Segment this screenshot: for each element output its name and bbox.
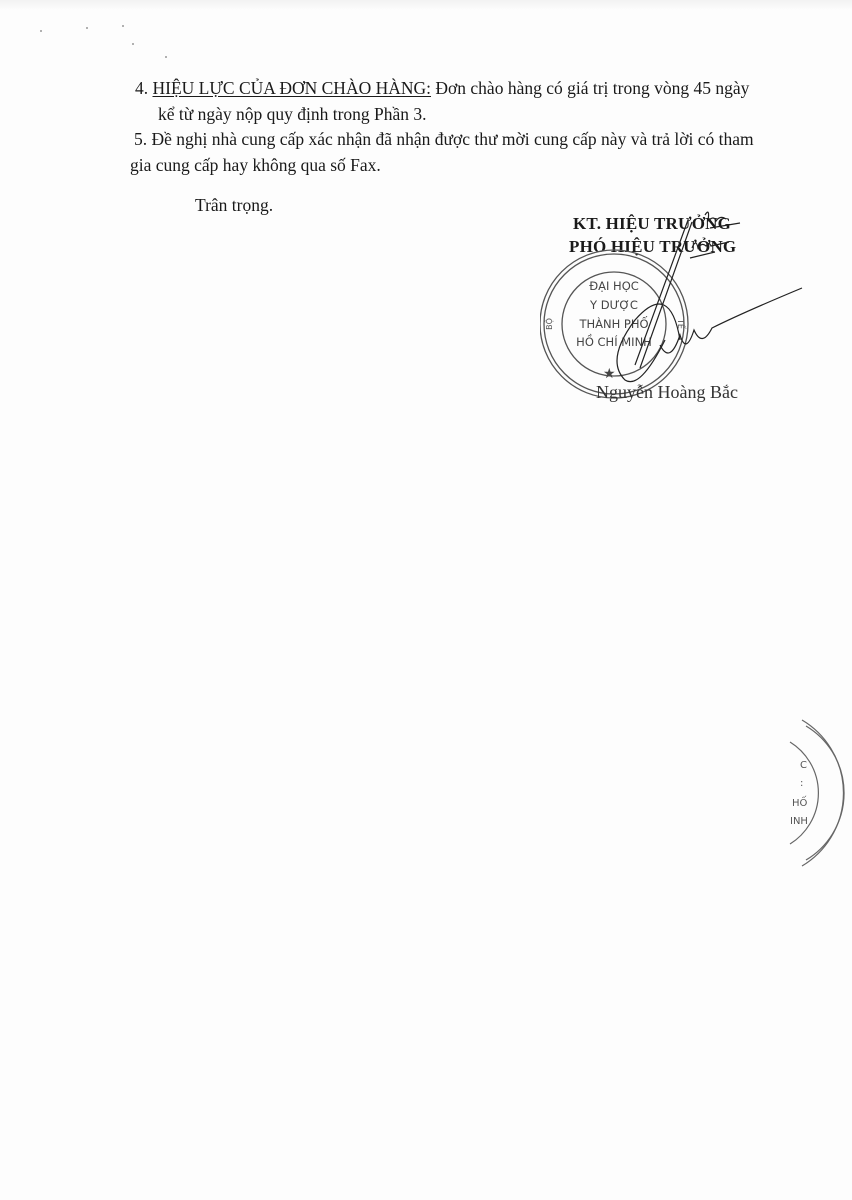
scan-speck xyxy=(122,25,124,27)
scan-speck xyxy=(86,27,88,29)
svg-text:INH: INH xyxy=(790,816,808,827)
signature-block: KT. HIỆU TRƯỞNG PHÓ HIỆU TRƯỞNG ĐẠI HỌC … xyxy=(540,200,820,420)
svg-text:C: C xyxy=(800,760,807,771)
closing-text: Trân trọng. xyxy=(195,195,273,215)
scan-speck xyxy=(132,43,134,45)
svg-text:HỐ: HỐ xyxy=(792,795,808,809)
item-4-line-2: kể từ ngày nộp quy định trong Phần 3. xyxy=(158,104,427,124)
stamp-line-1: ĐẠI HỌC xyxy=(589,279,639,293)
item-text: Đơn chào hàng có giá trị trong vòng 45 n… xyxy=(431,78,749,98)
partial-stamp-bleed: C : HỐ INH xyxy=(760,700,852,880)
item-text: Đề nghị nhà cung cấp xác nhận đã nhận đư… xyxy=(147,129,754,149)
svg-text::: : xyxy=(800,778,803,789)
item-number: 5. xyxy=(134,129,147,149)
stamp-line-2: Y DƯỢC xyxy=(589,298,638,312)
scan-speck xyxy=(165,56,167,58)
handwritten-signature xyxy=(617,212,802,382)
scan-speck xyxy=(40,30,42,32)
stamp-side-left: BỘ xyxy=(543,318,554,330)
item-4-line-1: 4. HIỆU LỰC CỦA ĐƠN CHÀO HÀNG: Đơn chào … xyxy=(135,78,749,98)
stamp-star-icon: ★ xyxy=(603,367,616,382)
item-number: 4. xyxy=(135,78,148,98)
signer-name: Nguyễn Hoàng Bắc xyxy=(596,382,738,403)
scan-top-band xyxy=(0,0,852,10)
item-heading: HIỆU LỰC CỦA ĐƠN CHÀO HÀNG: xyxy=(153,78,432,98)
item-5-line-2: gia cung cấp hay không qua số Fax. xyxy=(130,155,381,175)
item-5-line-1: 5. Đề nghị nhà cung cấp xác nhận đã nhận… xyxy=(134,129,754,149)
stamp-line-4: HỒ CHÍ MINH xyxy=(576,333,652,349)
